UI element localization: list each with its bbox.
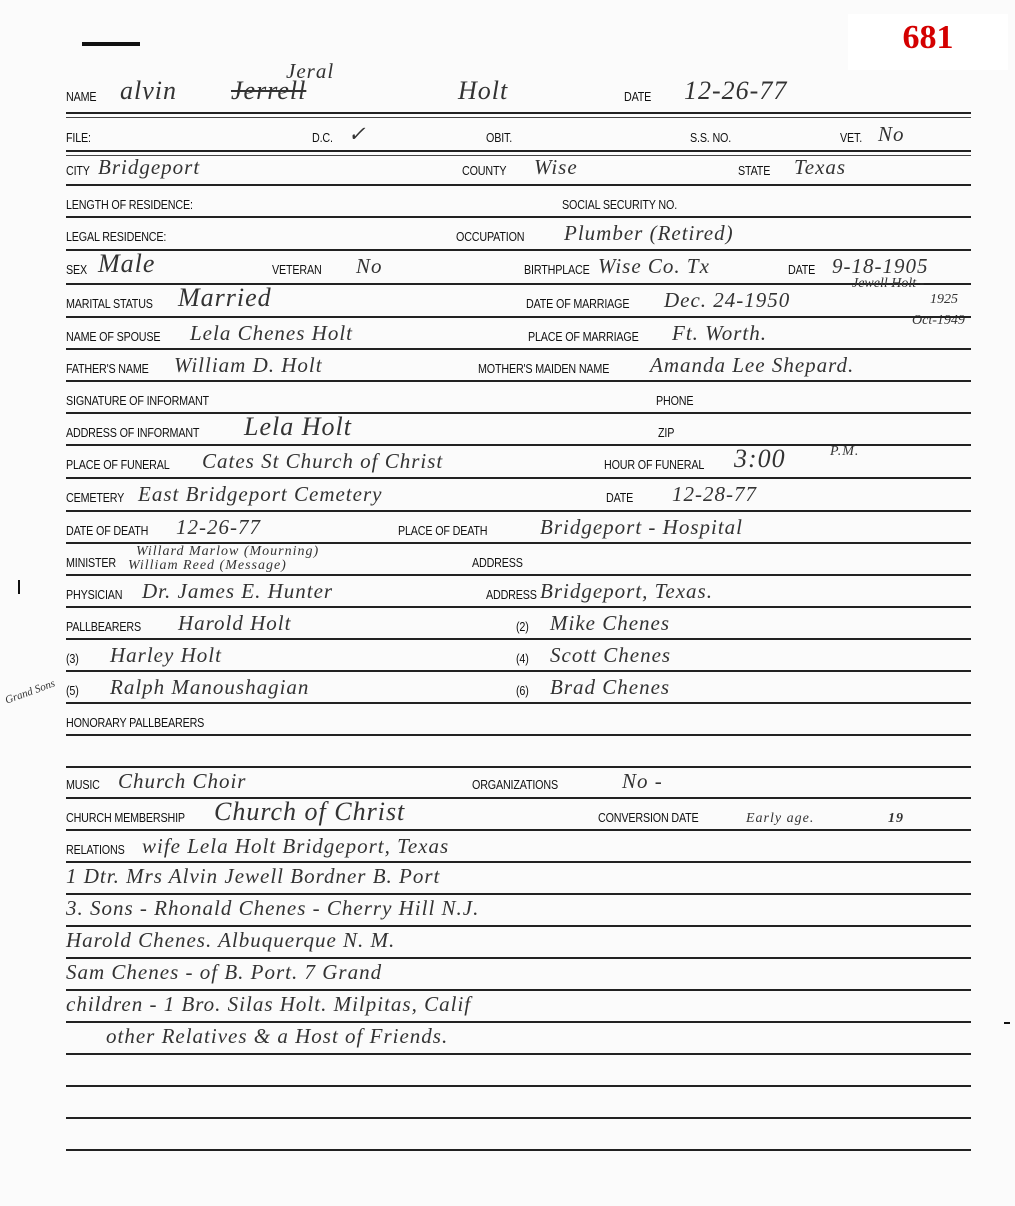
file-row: FILE: D.C. ✓ OBIT. S.S. NO. VET. No xyxy=(66,119,971,151)
signature-of-informant-label: SIGNATURE OF INFORMANT xyxy=(66,394,209,408)
form-rule xyxy=(66,112,971,118)
relations-row-4: Harold Chenes. Albuquerque N. M. xyxy=(66,926,971,957)
pallbearer-2-value[interactable]: Mike Chenes xyxy=(550,611,670,636)
church-membership-value[interactable]: Church of Christ xyxy=(214,797,405,827)
minister-label: MINISTER xyxy=(66,556,116,570)
music-label: MUSIC xyxy=(66,778,100,792)
phone-label: PHONE xyxy=(656,394,693,408)
place-of-funeral-label: PLACE OF FUNERAL xyxy=(66,458,170,472)
hour-of-funeral-suffix: P.M. xyxy=(830,444,859,460)
death-row: DATE OF DEATH 12-26-77 PLACE OF DEATH Br… xyxy=(66,512,971,544)
date-of-marriage-value[interactable]: Dec. 24-1950 xyxy=(664,288,790,313)
place-of-funeral-value[interactable]: Cates St Church of Christ xyxy=(202,449,443,474)
pallbearers-row-2: (3) Harley Holt (4) Scott Chenes xyxy=(66,640,971,672)
occupation-label: OCCUPATION xyxy=(456,230,524,244)
marital-status-row: MARITAL STATUS Married DATE OF MARRIAGE … xyxy=(66,285,971,317)
address-of-informant-label: ADDRESS OF INFORMANT xyxy=(66,426,199,440)
marriage-note-line1: Jewell Holt - xyxy=(852,276,924,292)
relations-line-2[interactable]: 1 Dtr. Mrs Alvin Jewell Bordner B. Port xyxy=(66,864,440,889)
fathers-name-label: FATHER'S NAME xyxy=(66,362,149,376)
funeral-row: PLACE OF FUNERAL Cates St Church of Chri… xyxy=(66,446,971,478)
conversion-date-extra: 19 xyxy=(888,811,904,827)
burial-date-value[interactable]: 12-28-77 xyxy=(672,482,757,507)
place-of-marriage-label: PLACE OF MARRIAGE xyxy=(528,330,639,344)
name-last-value[interactable]: Holt xyxy=(458,76,508,106)
name-middle-insert-value[interactable]: Jeral xyxy=(286,59,334,84)
name-first-value[interactable]: alvin xyxy=(120,76,177,106)
dc-label: D.C. xyxy=(312,131,333,145)
page-number-badge: 681 xyxy=(848,14,1008,70)
minister-address-label: ADDRESS xyxy=(472,556,523,570)
pallbearer-5-label: (5) xyxy=(66,684,79,698)
pallbearer-1-value[interactable]: Harold Holt xyxy=(178,611,291,636)
relations-line-3[interactable]: 3. Sons - Rhonald Chenes - Cherry Hill N… xyxy=(66,896,479,921)
physician-row: PHYSICIAN Dr. James E. Hunter ADDRESS Br… xyxy=(66,576,971,608)
date-of-marriage-label: DATE OF MARRIAGE xyxy=(526,297,629,311)
birth-date-label: DATE xyxy=(788,263,815,277)
pallbearer-2-label: (2) xyxy=(516,620,529,634)
mothers-maiden-name-label: MOTHER'S MAIDEN NAME xyxy=(478,362,609,376)
vet-value[interactable]: No xyxy=(878,122,905,147)
marital-status-value[interactable]: Married xyxy=(178,283,272,313)
obit-label: OBIT. xyxy=(486,131,512,145)
church-membership-label: CHURCH MEMBERSHIP xyxy=(66,811,185,825)
pallbearers-label: PALLBEARERS xyxy=(66,620,141,634)
social-security-no-label: SOCIAL SECURITY NO. xyxy=(562,198,677,212)
pallbearer-3-label: (3) xyxy=(66,652,79,666)
relations-row-2: 1 Dtr. Mrs Alvin Jewell Bordner B. Port xyxy=(66,862,971,893)
relations-line-1[interactable]: wife Lela Holt Bridgeport, Texas xyxy=(142,834,449,859)
organizations-label: ORGANIZATIONS xyxy=(472,778,558,792)
date-label: DATE xyxy=(624,90,651,104)
pallbearer-6-label: (6) xyxy=(516,684,529,698)
cemetery-row: CEMETERY East Bridgeport Cemetery DATE 1… xyxy=(66,479,971,511)
date-value[interactable]: 12-26-77 xyxy=(684,76,787,106)
organizations-value[interactable]: No - xyxy=(622,769,663,794)
name-row: NAME alvin Jerrell Jeral Holt DATE 12-26… xyxy=(66,78,971,110)
hour-of-funeral-label: HOUR OF FUNERAL xyxy=(604,458,704,472)
relations-row-3: 3. Sons - Rhonald Chenes - Cherry Hill N… xyxy=(66,894,971,925)
pallbearer-5-value[interactable]: Ralph Manoushagian xyxy=(110,675,309,700)
marriage-note-line2: 1925 xyxy=(930,292,958,308)
fathers-name-value[interactable]: William D. Holt xyxy=(174,353,323,378)
honorary-pallbearers-label: HONORARY PALLBEARERS xyxy=(66,716,204,730)
honorary-pallbearers-row: HONORARY PALLBEARERS xyxy=(66,704,971,736)
county-value[interactable]: Wise xyxy=(534,155,578,180)
margin-tick-mark xyxy=(1004,1022,1010,1024)
spouse-row: NAME OF SPOUSE Lela Chenes Holt PLACE OF… xyxy=(66,318,971,350)
relations-row-7: other Relatives & a Host of Friends. xyxy=(66,1022,971,1053)
relations-line-6[interactable]: children - 1 Bro. Silas Holt. Milpitas, … xyxy=(66,992,471,1017)
relations-label: RELATIONS xyxy=(66,843,125,857)
physician-address-label: ADDRESS xyxy=(486,588,537,602)
pallbearer-4-value[interactable]: Scott Chenes xyxy=(550,643,671,668)
file-label: FILE: xyxy=(66,131,91,145)
place-of-death-value[interactable]: Bridgeport - Hospital xyxy=(540,515,743,540)
state-value[interactable]: Texas xyxy=(794,155,846,180)
place-of-death-label: PLACE OF DEATH xyxy=(398,524,487,538)
form-rule xyxy=(66,1053,971,1055)
church-row: CHURCH MEMBERSHIP Church of Christ CONVE… xyxy=(66,799,971,831)
mothers-maiden-name-value[interactable]: Amanda Lee Shepard. xyxy=(650,353,854,378)
zip-label: ZIP xyxy=(658,426,674,440)
cemetery-label: CEMETERY xyxy=(66,491,124,505)
minister-value-line2[interactable]: William Reed (Message) xyxy=(128,558,287,574)
city-value[interactable]: Bridgeport xyxy=(98,155,200,180)
legal-residence-row: LEGAL RESIDENCE: OCCUPATION Plumber (Ret… xyxy=(66,218,971,250)
occupation-value[interactable]: Plumber (Retired) xyxy=(564,221,734,246)
relations-row-6: children - 1 Bro. Silas Holt. Milpitas, … xyxy=(66,990,971,1021)
pen-dash-mark xyxy=(82,42,140,46)
name-of-spouse-label: NAME OF SPOUSE xyxy=(66,330,160,344)
informant-address-row: ADDRESS OF INFORMANT Lela Holt ZIP xyxy=(66,414,971,446)
physician-address-value[interactable]: Bridgeport, Texas. xyxy=(540,579,713,604)
parents-row: FATHER'S NAME William D. Holt MOTHER'S M… xyxy=(66,350,971,382)
conversion-date-label: CONVERSION DATE xyxy=(598,811,699,825)
sex-value[interactable]: Male xyxy=(98,249,155,279)
form-rule xyxy=(66,1117,971,1119)
pallbearer-3-value[interactable]: Harley Holt xyxy=(110,643,222,668)
funeral-record-form: 681 NAME alvin Jerrell Jeral Holt DATE 1… xyxy=(0,0,1015,1206)
city-row: CITY Bridgeport COUNTY Wise STATE Texas xyxy=(66,152,971,184)
sex-label: SEX xyxy=(66,263,87,277)
informant-signature-row: SIGNATURE OF INFORMANT PHONE xyxy=(66,382,971,414)
margin-tick-mark xyxy=(18,580,20,594)
sex-row: SEX Male VETERAN No BIRTHPLACE Wise Co. … xyxy=(66,251,971,283)
pallbearers-row-3: (5) Ralph Manoushagian (6) Brad Chenes xyxy=(66,672,971,704)
relations-row-5: Sam Chenes - of B. Port. 7 Grand xyxy=(66,958,971,989)
minister-row: MINISTER Willard Marlow (Mourning) Willi… xyxy=(66,544,971,576)
date-of-death-value[interactable]: 12-26-77 xyxy=(176,515,261,540)
form-rule xyxy=(66,1149,971,1151)
relations-line-7[interactable]: other Relatives & a Host of Friends. xyxy=(106,1024,448,1049)
veteran-value[interactable]: No xyxy=(356,254,383,279)
date-of-death-label: DATE OF DEATH xyxy=(66,524,148,538)
residence-length-row: LENGTH OF RESIDENCE: SOCIAL SECURITY NO. xyxy=(66,186,971,218)
music-value[interactable]: Church Choir xyxy=(118,769,246,794)
conversion-date-value[interactable]: Early age. xyxy=(746,811,814,827)
marital-status-label: MARITAL STATUS xyxy=(66,297,153,311)
city-label: CITY xyxy=(66,164,90,178)
cemetery-value[interactable]: East Bridgeport Cemetery xyxy=(138,482,382,507)
dc-value[interactable]: ✓ xyxy=(348,122,367,147)
form-rule xyxy=(66,1085,971,1087)
physician-label: PHYSICIAN xyxy=(66,588,122,602)
name-label: NAME xyxy=(66,90,96,104)
veteran-label: VETERAN xyxy=(272,263,322,277)
form-rule xyxy=(66,734,971,736)
margin-note-grandsons: Grand Sons xyxy=(4,677,57,706)
physician-value[interactable]: Dr. James E. Hunter xyxy=(142,579,333,604)
burial-date-label: DATE xyxy=(606,491,633,505)
pallbearers-row-1: PALLBEARERS Harold Holt (2) Mike Chenes xyxy=(66,608,971,640)
vet-label: VET. xyxy=(840,131,862,145)
ss-no-label: S.S. NO. xyxy=(690,131,731,145)
name-of-spouse-value[interactable]: Lela Chenes Holt xyxy=(190,321,353,346)
length-of-residence-label: LENGTH OF RESIDENCE: xyxy=(66,198,193,212)
relations-line-4[interactable]: Harold Chenes. Albuquerque N. M. xyxy=(66,928,395,953)
pallbearer-6-value[interactable]: Brad Chenes xyxy=(550,675,670,700)
pallbearer-4-label: (4) xyxy=(516,652,529,666)
birthplace-value[interactable]: Wise Co. Tx xyxy=(598,254,710,279)
relations-line-5[interactable]: Sam Chenes - of B. Port. 7 Grand xyxy=(66,960,382,985)
address-of-informant-value[interactable]: Lela Holt xyxy=(244,412,352,442)
place-of-marriage-value[interactable]: Ft. Worth. xyxy=(672,321,767,346)
birthplace-label: BIRTHPLACE xyxy=(524,263,590,277)
legal-residence-label: LEGAL RESIDENCE: xyxy=(66,230,166,244)
state-label: STATE xyxy=(738,164,770,178)
hour-of-funeral-value[interactable]: 3:00 xyxy=(734,444,786,474)
relations-row-1: RELATIONS wife Lela Holt Bridgeport, Tex… xyxy=(66,831,971,863)
music-row: MUSIC Church Choir ORGANIZATIONS No - xyxy=(66,766,971,798)
county-label: COUNTY xyxy=(462,164,506,178)
